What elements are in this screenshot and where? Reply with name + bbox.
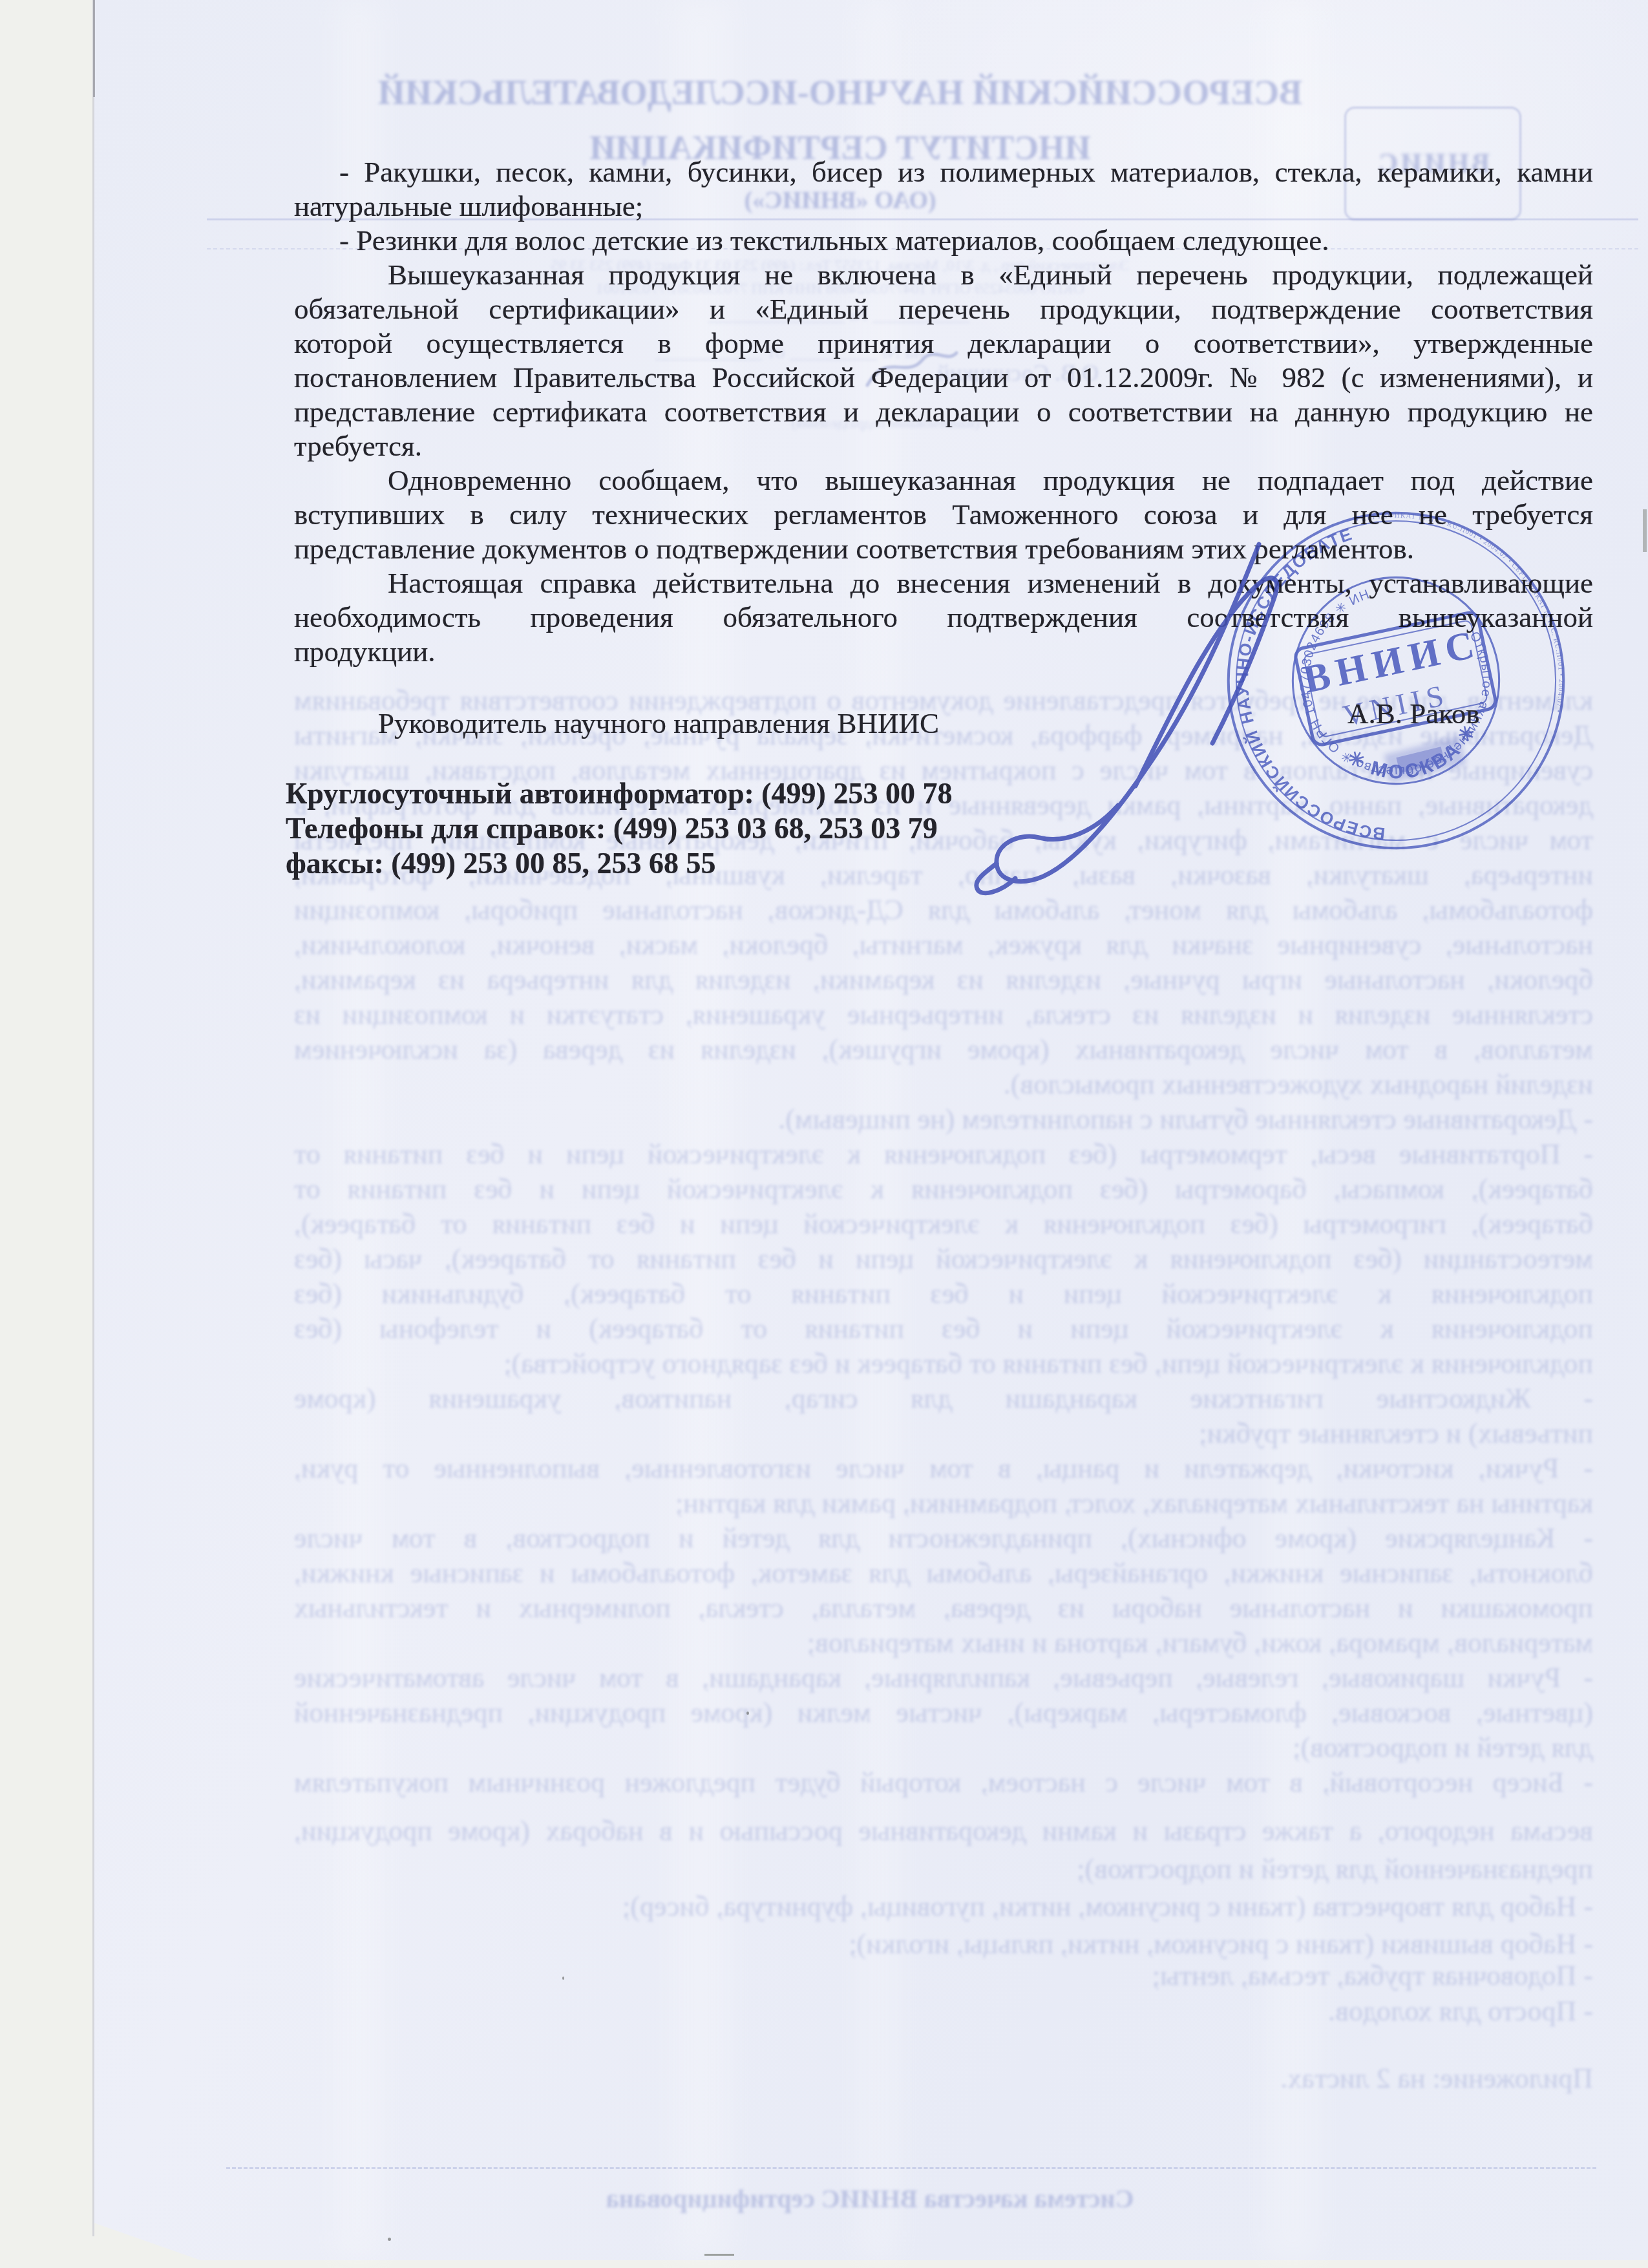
contact-line: факсы: (499) 253 00 85, 253 68 55 (286, 845, 715, 882)
footer-dotted-rule-bleed (226, 2167, 1596, 2169)
reverse-text-line-bleed: для детей и подростков); (1192, 1731, 1593, 1764)
paper-left-edge (92, 0, 94, 2236)
reverse-text-line-bleed: - Ручки шариковые, гелевые, перьевые, ка… (294, 1661, 1593, 1694)
dust-speck (746, 1712, 749, 1715)
reverse-text-line-bleed: - Канцелярские (кроме офисных), принадле… (294, 1521, 1593, 1554)
body-text-line: натуральные шлифованные; (294, 187, 1593, 225)
dust-speck (388, 2238, 391, 2241)
footer-caption-bleed: Система качества ВНИИС сертифицирована (550, 2183, 1190, 2214)
reverse-text-line-bleed: батареек), компасы, барометры (без подкл… (294, 1172, 1593, 1205)
body-text-line: постановлением Правительства Российской … (294, 359, 1593, 396)
reverse-text-line-bleed: - Бисер несортовый, в том числе с настое… (294, 1766, 1593, 1799)
reverse-text-line-bleed: - Просто для холодов. (1231, 1995, 1593, 2028)
paper-left-edge-shadow (93, 0, 95, 97)
body-text-line: которой осуществляется в форме принятия … (294, 324, 1593, 362)
vniis-round-stamp: • СЕРТИФИКАТ № П.С. RU.П001 • 2004.07 • … (1199, 483, 1593, 878)
reverse-text-line-bleed: питьевых) и стеклянные трубки; (1089, 1417, 1593, 1450)
reverse-text-line-bleed: картины на текстильных материалах, холст… (533, 1487, 1593, 1520)
scanned-letter-page: ВНИИС О.В. Сосницкий (наименование подра… (0, 0, 1648, 2268)
reverse-text-line-bleed: металлов, в том числе декоративных (кром… (294, 1033, 1593, 1066)
reverse-text-line-bleed: - Декоративные стеклянные бутыли с напол… (585, 1103, 1593, 1136)
reverse-text-line-bleed: - Портативные весы, термометры (без подк… (294, 1138, 1593, 1171)
letterhead-line-bleed: ВСЕРОССИЙСКИЙ НАУЧНО-ИССЛЕДОВАТЕЛЬСКИЙ (278, 72, 1402, 112)
scan-artifact-right-edge (1643, 509, 1647, 552)
reverse-text-line-bleed: настольные, сувенирные значки для кружек… (294, 928, 1593, 961)
reverse-text-line-bleed: подключения к электрической цепи и без п… (294, 1277, 1593, 1310)
scan-artifact (704, 2254, 734, 2256)
reverse-text-line-bleed: изделий народных художественных промысло… (818, 1068, 1593, 1101)
body-text-line: Вышеуказанная продукция не включена в «Е… (388, 256, 1593, 293)
reverse-text-line-bleed: Приложение: на 2 листах. (1102, 2062, 1593, 2095)
dust-speck (562, 1977, 564, 1980)
reverse-text-line-bleed: подключения к электрической цепи и без п… (294, 1312, 1593, 1345)
reverse-text-line-bleed: материалов, мрамора, кожи, бумаги, карто… (585, 1626, 1593, 1659)
reverse-text-line-bleed: - Ручки, кисточки, держатели и ранцы, в … (294, 1452, 1593, 1485)
reverse-text-line-bleed: (цветные, восковые, фломастеры, маркеры)… (294, 1696, 1593, 1729)
reverse-text-line-bleed: - Жидкостные гигантские карандаши для си… (294, 1382, 1593, 1415)
reverse-text-line-bleed: метеостанции (без подключения к электрич… (294, 1242, 1593, 1275)
reverse-text-line-bleed: стеклянные изделия и изделия из стекла, … (294, 998, 1593, 1031)
reverse-text-line-bleed: блокноты, записные книжки, органайзеры, … (294, 1556, 1593, 1589)
contact-line: Круглосуточный автоинформатор: (499) 253… (286, 775, 952, 812)
reverse-text-line-bleed: промокашки и настольные наборы из дерева… (294, 1591, 1593, 1624)
reverse-text-line-bleed: подключения к электрической цепи, без пи… (378, 1347, 1593, 1380)
reverse-text-line-bleed: весьма недорого, а также стразы и камни … (294, 1814, 1593, 1847)
contact-line: Телефоны для справок: (499) 253 03 68, 2… (286, 810, 938, 847)
body-text-line: требуется. (294, 427, 1593, 465)
body-text-line: - Ракушки, песок, камни, бусинки, бисер … (339, 153, 1593, 191)
reverse-text-line-bleed: фотоальбомы, альбомы для монет, альбомы … (294, 893, 1593, 926)
reverse-text-line-bleed: - Набор вышивки (ткани с рисунком, нитки… (766, 1927, 1593, 1960)
reverse-text-line-bleed: предназначенной для детей и подростков); (830, 1852, 1593, 1885)
signoff-title: Руководитель научного направления ВНИИС (378, 705, 939, 742)
reverse-text-line-bleed: - Подовочная трубка, тесьма, ленты; (1141, 1959, 1593, 1992)
signoff-name: А.В. Раков (1347, 695, 1480, 732)
body-text-line: обязательной сертификации» и «Единый пер… (294, 290, 1593, 328)
reverse-text-line-bleed: брелоки, настольные игры ручные, изделия… (294, 963, 1593, 996)
reverse-text-line-bleed: - Набор для творчества (ткани с рисунком… (585, 1890, 1593, 1923)
reverse-text-line-bleed: батареек), гигрометры (без подключения к… (294, 1207, 1593, 1240)
body-text-line: - Резинки для волос детские из текстильн… (339, 222, 1593, 259)
body-text-line: представление сертификата соответствия и… (294, 393, 1593, 430)
